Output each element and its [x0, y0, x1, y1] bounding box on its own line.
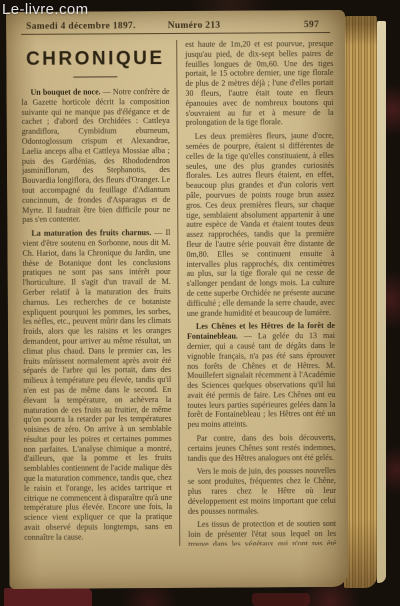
header-rule [21, 32, 330, 35]
book-photo: Samedi 4 décembre 1897. Numéro 213 597 C… [0, 0, 400, 606]
two-column-text: CHRONIQUE Un bouquet de noce. — Notre co… [21, 39, 336, 547]
journal-page: Samedi 4 décembre 1897. Numéro 213 597 C… [6, 10, 349, 589]
section-title-rule [73, 76, 117, 77]
cover-red-patch [252, 593, 310, 606]
article-paragraph: Par contre, dans des bois découverts, ce… [188, 433, 336, 463]
article-text: — Il vient d'être soutenu en Sorbonne, n… [22, 228, 172, 542]
article-chenes-hetres: Les Chênes et les Hêtres de la forêt de … [187, 321, 336, 430]
book-cover-inner-edge [377, 21, 386, 583]
journal-date: Samedi 4 décembre 1897. [26, 21, 136, 32]
article-lead: Remarquable floraison d'une Orchidée. [33, 546, 172, 547]
right-column: est haute de 1m,20 et est pourvue, presq… [177, 39, 336, 546]
article-text: Les deux premières fleurs, jaune d'ocre,… [186, 131, 335, 317]
article-text: Vers le mois de juin, des pousses nouvel… [188, 466, 336, 515]
article-lead: La maturation des fruits charnus. [31, 228, 151, 238]
article-paragraph: Les tissus de protection et de soutien s… [188, 519, 336, 545]
book-page-edges [344, 16, 377, 588]
cover-red-patch [4, 588, 92, 606]
article-text: est haute de 1m,20 et est pourvue, presq… [185, 39, 333, 127]
article-bouquet-de-noce: Un bouquet de noce. — Notre confrère de … [21, 87, 170, 225]
article-text: — La gelée du 13 mai dernier, qui a caus… [187, 331, 335, 429]
article-floraison-orchidee: Remarquable floraison d'une Orchidée. — … [24, 546, 172, 547]
section-title: CHRONIQUE [21, 48, 169, 71]
article-continuation: Les deux premières fleurs, jaune d'ocre,… [186, 131, 335, 318]
watermark: Le-livre.com [2, 1, 89, 18]
journal-issue-number: Numéro 213 [168, 21, 221, 31]
article-text: Par contre, dans des bois découverts, ce… [188, 433, 336, 462]
article-text: Les tissus de protection et de soutien s… [188, 519, 336, 545]
article-paragraph: Vers le mois de juin, des pousses nouvel… [188, 466, 336, 516]
article-maturation-fruits: La maturation des fruits charnus. — Il v… [22, 228, 172, 542]
article-text: — Notre confrère de la Gazette horticole… [22, 87, 171, 224]
article-lead: Un bouquet de noce. [30, 87, 100, 96]
journal-page-number: 597 [304, 20, 319, 30]
article-continuation: est haute de 1m,20 et est pourvue, presq… [185, 39, 334, 128]
left-column: CHRONIQUE Un bouquet de noce. — Notre co… [21, 40, 179, 547]
